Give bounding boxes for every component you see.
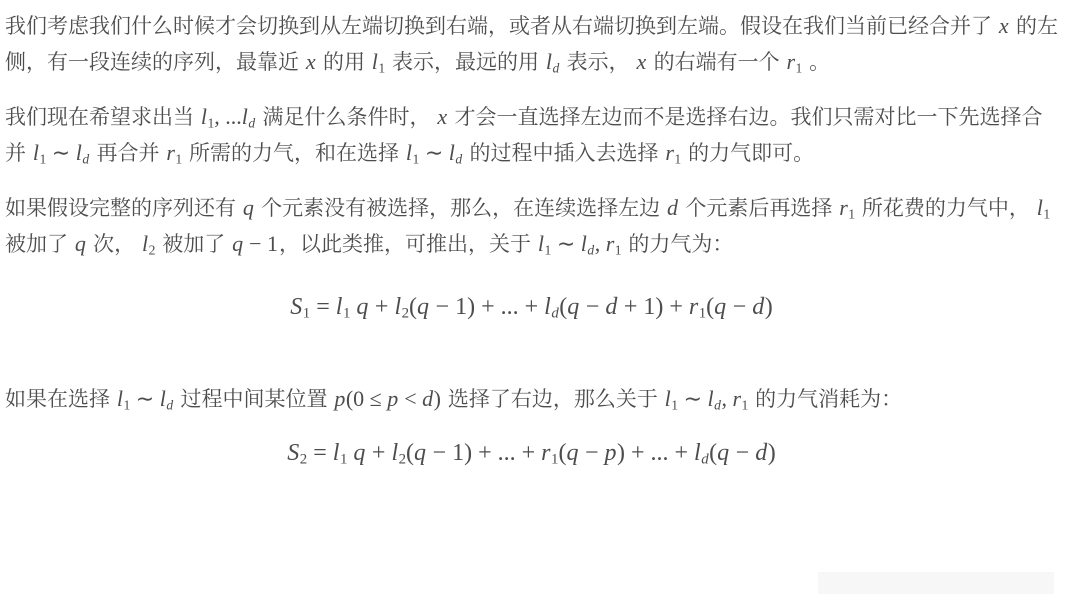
paragraph-3: 如果假设完整的序列还有 q 个元素没有被选择，那么，在连续选择左边 d 个元素后…	[5, 190, 1058, 262]
paragraph-2: 我们现在希望求出当 l1, ...ld 满足什么条件时， x 才会一直选择左边而…	[5, 99, 1058, 171]
watermark-box	[818, 572, 1054, 594]
inline-math: q	[74, 231, 88, 256]
display-formula-s1: S1 = l1 q + l2(q − 1) + ... + ld(q − d +…	[5, 290, 1058, 325]
inline-math: l2	[141, 231, 156, 256]
article-content: 我们考虑我们什么时候才会切换到从左端切换到右端，或者从右端切换到左端。假设在我们…	[0, 0, 1070, 471]
inline-math: l1 ∼ ld	[405, 140, 464, 165]
inline-math: l1	[371, 49, 386, 74]
page: { "page": { "background": "#ffffff", "te…	[0, 0, 1070, 605]
inline-math: r1	[838, 195, 856, 220]
inline-math: l1	[1036, 195, 1051, 220]
inline-math: x	[305, 49, 317, 74]
inline-math: q	[242, 195, 256, 220]
paragraph-4: 如果在选择 l1 ∼ ld 过程中间某位置 p(0 ≤ p < d) 选择了右边…	[5, 381, 1058, 417]
inline-math: l1, ...ld	[200, 104, 257, 129]
inline-math: l1 ∼ ld, r1	[664, 386, 750, 411]
inline-math: r1	[165, 140, 183, 165]
inline-math: q − 1	[231, 231, 279, 256]
inline-math: l1 ∼ ld	[116, 386, 175, 411]
inline-math: l1 ∼ ld	[32, 140, 91, 165]
inline-math: x	[636, 49, 648, 74]
inline-math: p(0 ≤ p < d)	[333, 386, 442, 411]
inline-math: d	[666, 195, 680, 220]
inline-math: x	[436, 104, 448, 129]
inline-math: r1	[785, 49, 803, 74]
inline-math: ld	[545, 49, 561, 74]
paragraph-1: 我们考虑我们什么时候才会切换到从左端切换到右端，或者从右端切换到左端。假设在我们…	[5, 8, 1058, 80]
display-formula-s2: S2 = l1 q + l2(q − 1) + ... + r1(q − p) …	[5, 436, 1058, 471]
inline-math: x	[998, 13, 1010, 38]
inline-math: r1	[664, 140, 682, 165]
inline-math: l1 ∼ ld, r1	[537, 231, 623, 256]
